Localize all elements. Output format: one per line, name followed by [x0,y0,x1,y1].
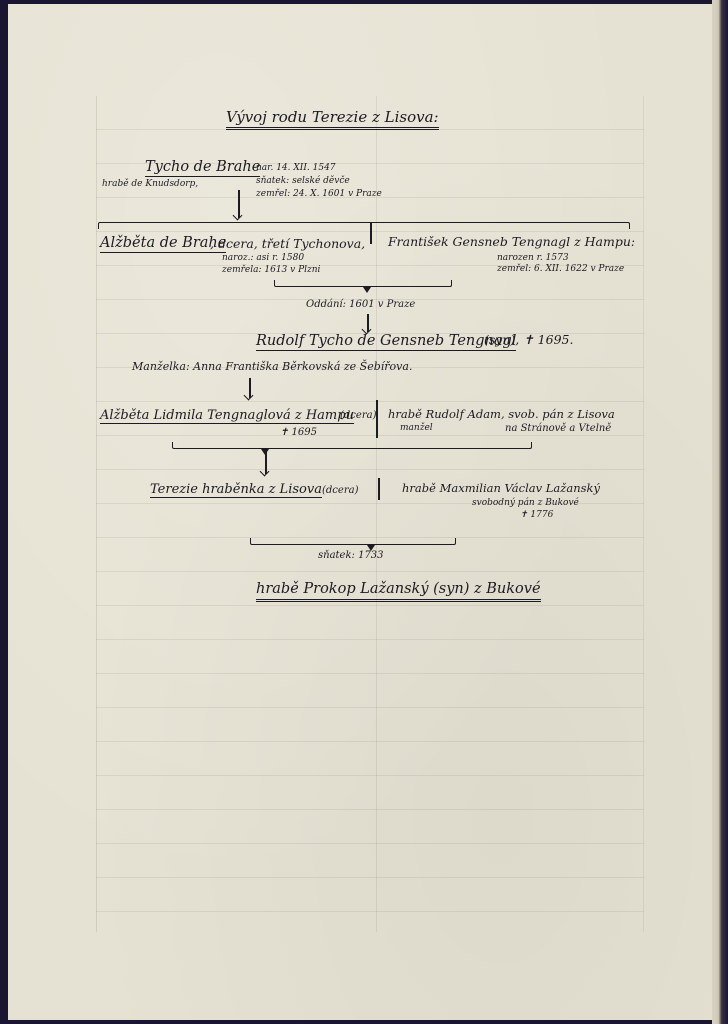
gen4-right-line1: hrabě Rudolf Adam, svob. pán z Lisova [388,409,615,421]
arrow-down-icon [238,190,240,218]
gen4-right-line2: na Stránově a Vtelně [505,424,611,434]
gen3-name: Rudolf Tycho de Gensneb Tengnagl [256,334,516,351]
gen1-name: Tycho de Brahe [145,160,260,177]
arrow-down-icon [249,378,251,398]
gen2-left-desc: , dcera, třetí Tychonova, [210,238,365,251]
gen5-right-line2: svobodný pán z Bukové [472,499,579,508]
gen4-right-role: manžel [400,424,433,433]
arrow-down-icon [367,314,369,332]
gen5-right-died: ✝ 1776 [520,511,553,520]
family-bracket [98,222,630,229]
gen4-left-name: Alžběta Lidmila Tengnaglová z Hampu [100,409,354,424]
gen2-left-born: naroz.: asi r. 1580 [222,254,304,263]
gen2-left-name: Alžběta de Brahe [100,236,226,253]
gen4-left-died: ✝ 1695 [280,428,317,438]
gen1-title: hrabě de Knudsdorp, [102,180,198,189]
gen2-right-died: zemřel: 6. XII. 1622 v Praze [497,265,624,274]
gen1-born: nar. 14. XII. 1547 [256,164,336,173]
gen5-right-line1: hrabě Maxmilian Václav Lažanský [402,483,600,495]
marriage-bracket [274,280,452,287]
divider-line [370,222,372,244]
gen4-left-role: (dcera) [340,411,376,421]
divider-line [376,400,378,438]
gen3-suffix: (syn), ✝ 1695. [484,334,573,347]
gen6-name: hrabě Prokop Lažanský (syn) z Bukové [256,582,541,602]
marriage-bracket [172,442,532,449]
gen5-left-name: Terezie hraběnka z Lisova [150,483,322,498]
divider-line [378,478,380,500]
gen5-left-role: (dcera) [322,486,358,496]
page-title: Vývoj rodu Terezie z Lisova: [226,110,439,130]
arrow-down-icon [265,452,267,474]
gen1-marriage: sňatek: selské děvče [256,177,350,186]
bracket-point-icon [363,287,371,293]
binding-edge [712,0,728,1024]
gen3-wife: Manželka: Anna Františka Běrkovská ze Še… [132,361,412,372]
gen2-left-died: zemřela: 1613 v Plzni [222,266,320,275]
gen2-right-born: narozen r. 1573 [497,254,569,263]
marriage-bracket [250,538,456,545]
marriage-gen5: sňatek: 1733 [318,551,384,561]
gen1-died: zemřel: 24. X. 1601 v Praze [256,190,382,199]
gen2-right-name: František Gensneb Tengnagl z Hampu: [388,236,635,249]
marriage-gen2: Oddání: 1601 v Praze [306,300,415,310]
